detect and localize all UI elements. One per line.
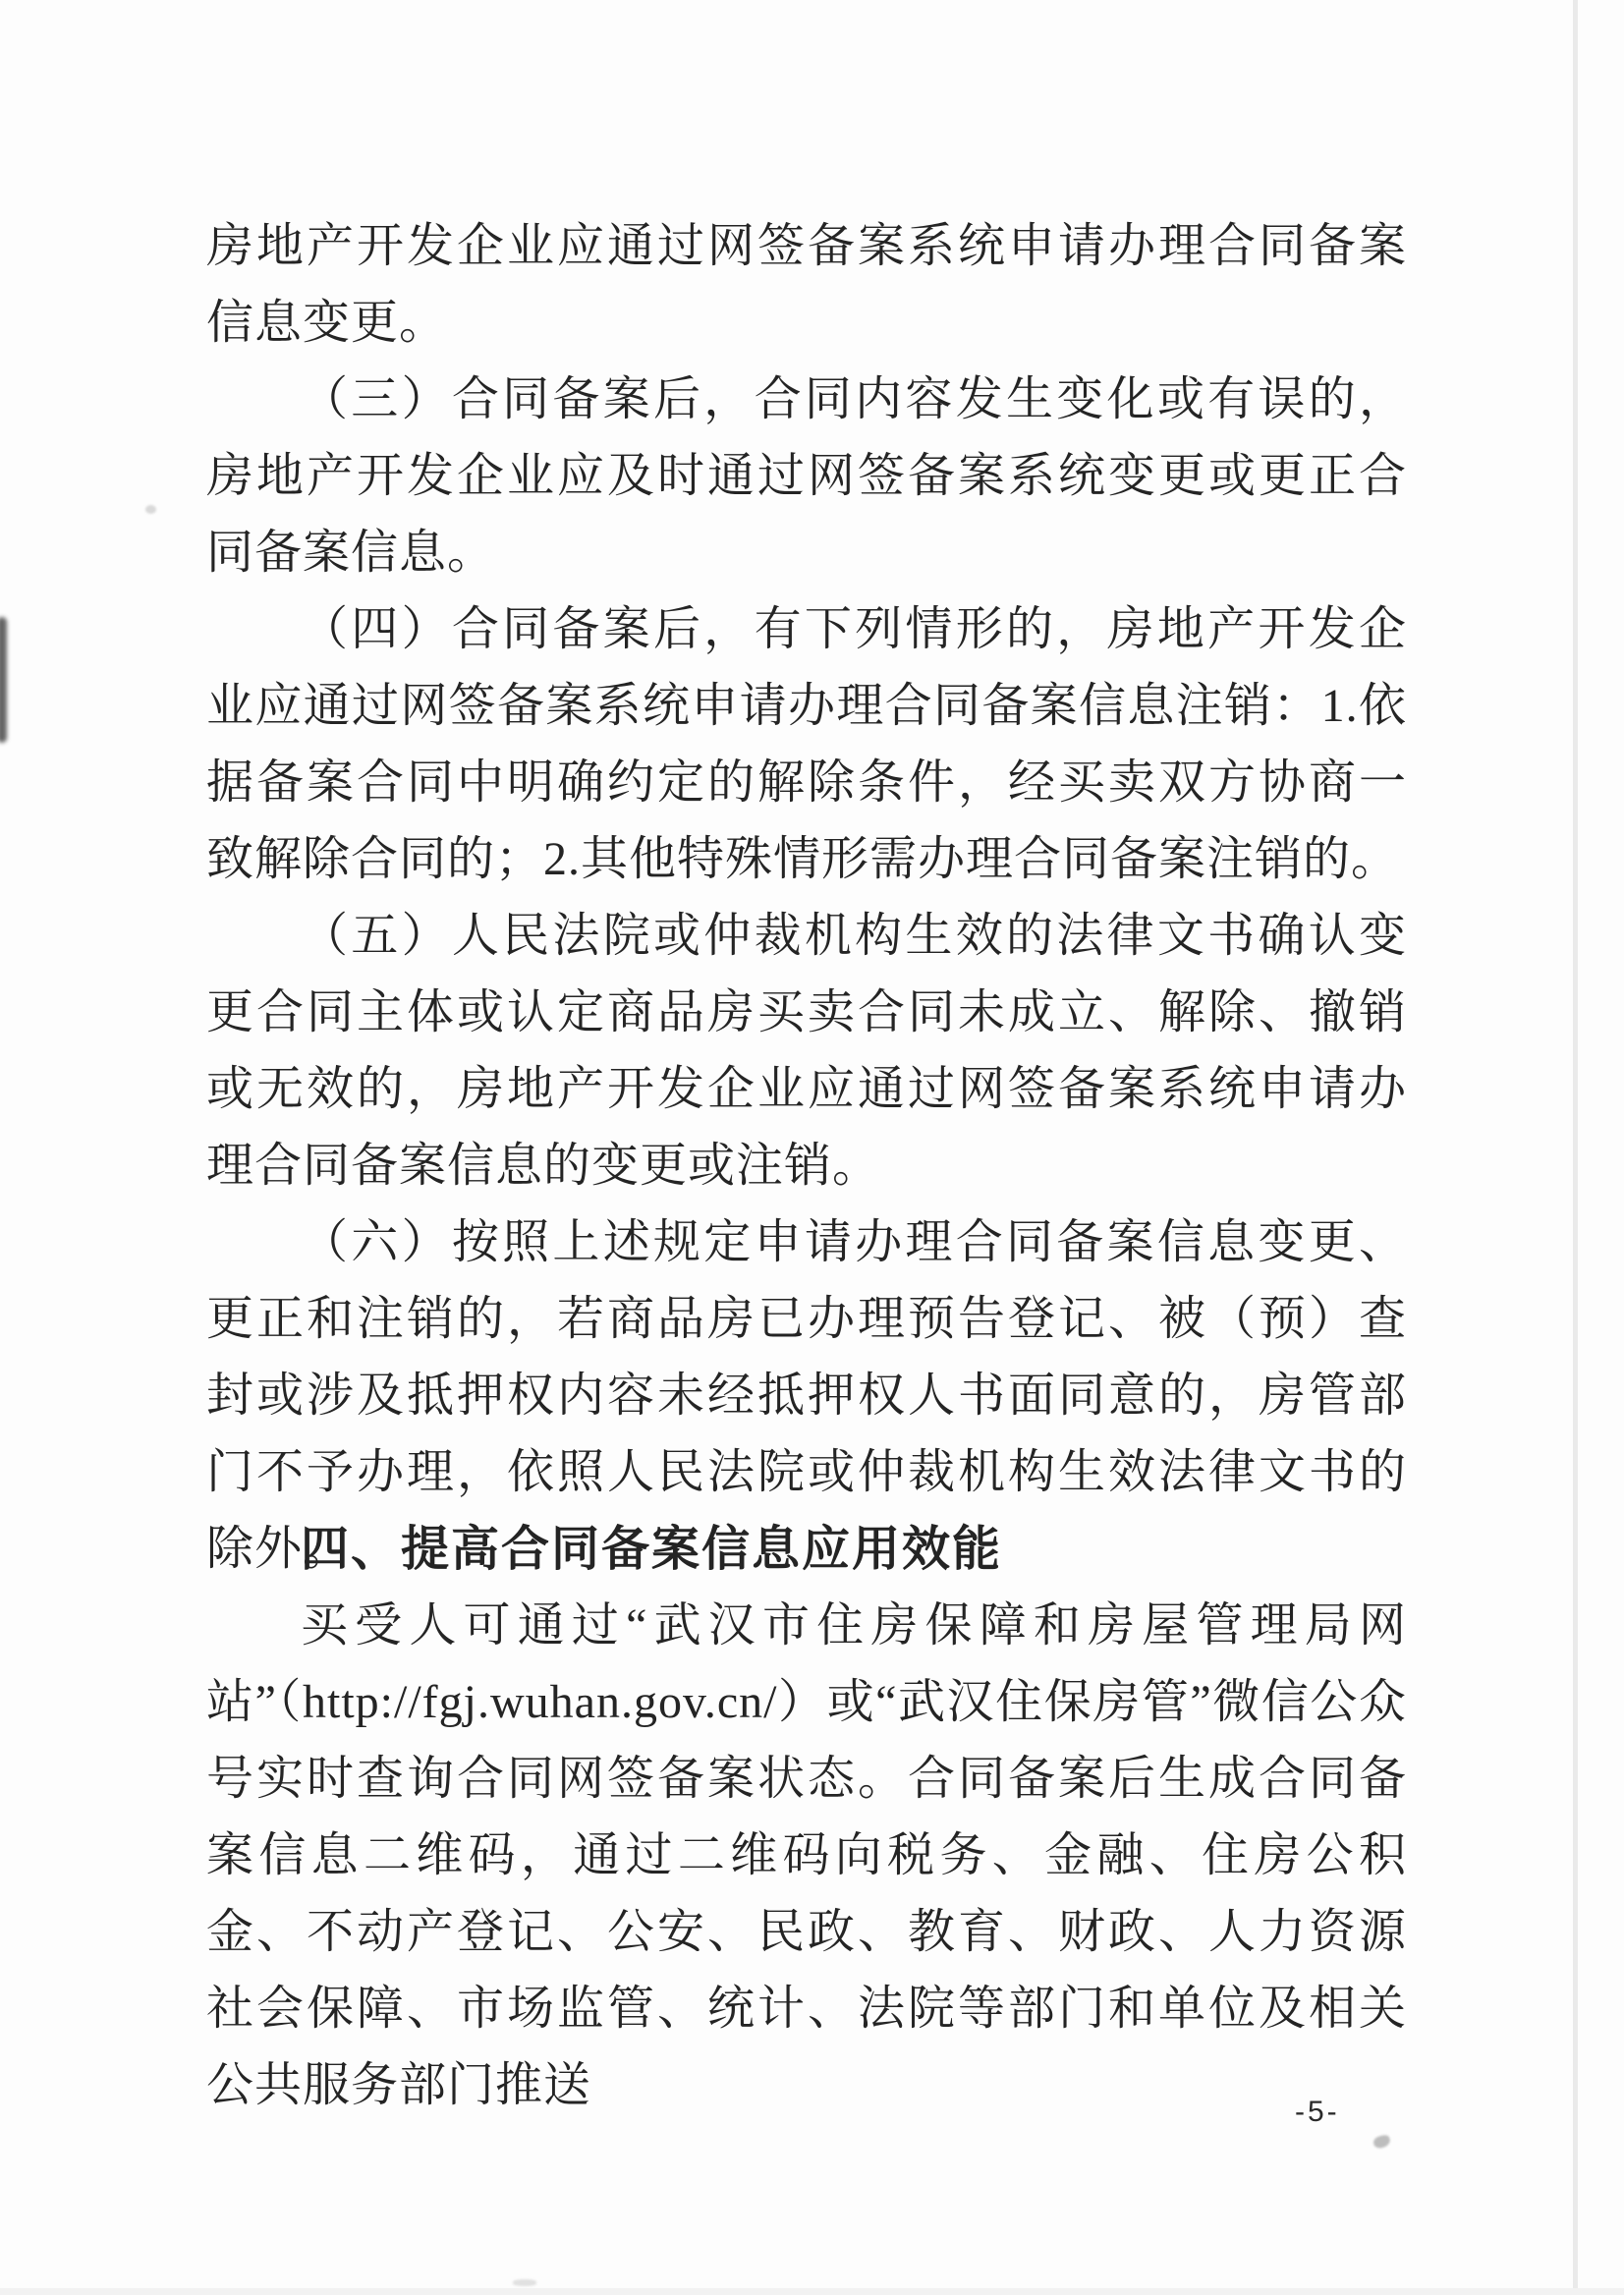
paragraph-item-5: （五）人民法院或仲裁机构生效的法律文书确认变更合同主体或认定商品房买卖合同未成立… <box>206 898 1407 1204</box>
scan-edge-artifact-right <box>1573 0 1578 2295</box>
section-4-heading: 四、提高合同备案信息应用效能 <box>206 1511 1407 1588</box>
paragraph-item-4: （四）合同备案后，有下列情形的，房地产开发企业应通过网签备案系统申请办理合同备案… <box>206 591 1407 898</box>
scan-speck <box>513 2279 536 2286</box>
document-page: 房地产开发企业应通过网签备案系统申请办理合同备案信息变更。 （三）合同备案后，合… <box>0 0 1624 2295</box>
scan-smudge-left-edge <box>0 617 7 743</box>
paragraph-item-3: （三）合同备案后，合同内容发生变化或有误的，房地产开发企业应及时通过网签备案系统… <box>206 362 1407 591</box>
scan-speck <box>145 505 156 514</box>
scan-speck <box>1372 2134 1392 2150</box>
section-4-body: 买受人可通过“武汉市住房保障和房屋管理局网站”（http://fgj.wuhan… <box>206 1588 1407 2124</box>
page-number: -5- <box>1295 2096 1340 2129</box>
paragraph-continuation-item-2: 房地产开发企业应通过网签备案系统申请办理合同备案信息变更。 <box>206 208 1407 362</box>
scan-edge-artifact-bottom <box>0 2288 1624 2295</box>
